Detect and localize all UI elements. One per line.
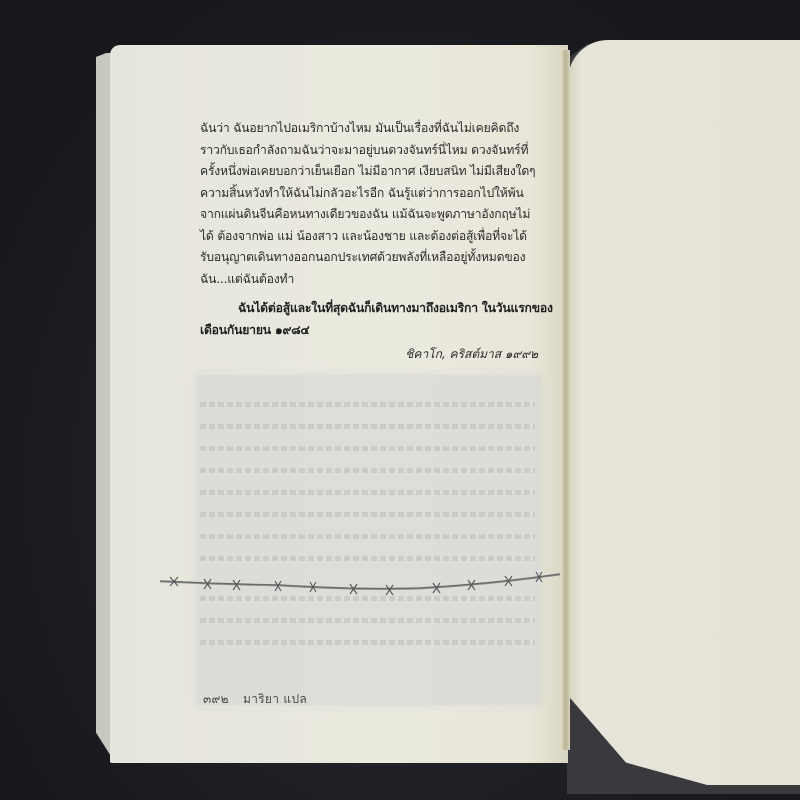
show-through-text-line — [200, 512, 535, 517]
show-through-text-line — [200, 424, 535, 429]
show-through-text-line — [200, 640, 535, 645]
book-gutter — [562, 50, 570, 750]
right-page-blank — [568, 40, 800, 785]
show-through-text-line — [200, 618, 535, 623]
text-line: ฉันว่า ฉันอยากไปอเมริกาบ้างไหม มันเป็นเร… — [200, 118, 545, 140]
text-line: ฉัน...แต่ฉันต้องทำ — [200, 269, 545, 291]
show-through-text-line — [200, 446, 535, 451]
text-line: ความสิ้นหวังทำให้ฉันไม่กลัวอะไรอีก ฉันรู… — [200, 183, 545, 205]
text-line: เดือนกันยายน ๑๙๘๔ — [200, 319, 545, 341]
barbed-wire-icon — [160, 560, 580, 600]
show-through-text-line — [200, 402, 535, 407]
page-number: ๓๙๒ — [203, 692, 229, 706]
text-line: จากแผ่นดินจีนคือหนทางเดียวของฉัน แม้ฉันจ… — [200, 204, 545, 226]
text-line: ครั้งหนึ่งพ่อเคยบอกว่าเย็นเยือก ไม่มีอาก… — [200, 161, 545, 183]
show-through-text-line — [200, 468, 535, 473]
show-through-text-line — [200, 490, 535, 495]
show-through-text-line — [200, 534, 535, 539]
page-footer: ๓๙๒ มาริยา แปล — [203, 690, 317, 709]
text-line: ราวกับเธอกำลังถามฉันว่าจะมาอยู่บนดวงจันท… — [200, 140, 545, 162]
text-line: ฉันได้ต่อสู้และในที่สุดฉันก็เดินทางมาถึง… — [200, 297, 545, 319]
body-paragraph-1: ฉันว่า ฉันอยากไปอเมริกาบ้างไหม มันเป็นเร… — [200, 118, 545, 290]
translator-credit: มาริยา แปล — [243, 692, 307, 706]
text-line: ได้ ต้องจากพ่อ แม่ น้องสาว และน้องชาย แล… — [200, 226, 545, 248]
signature-place-date: ชิคาโก, คริสต์มาส ๑๙๙๒ — [300, 345, 538, 364]
body-paragraph-2: ฉันได้ต่อสู้และในที่สุดฉันก็เดินทางมาถึง… — [200, 297, 545, 341]
text-line: รับอนุญาตเดินทางออกนอกประเทศด้วยพลังที่เ… — [200, 247, 545, 269]
